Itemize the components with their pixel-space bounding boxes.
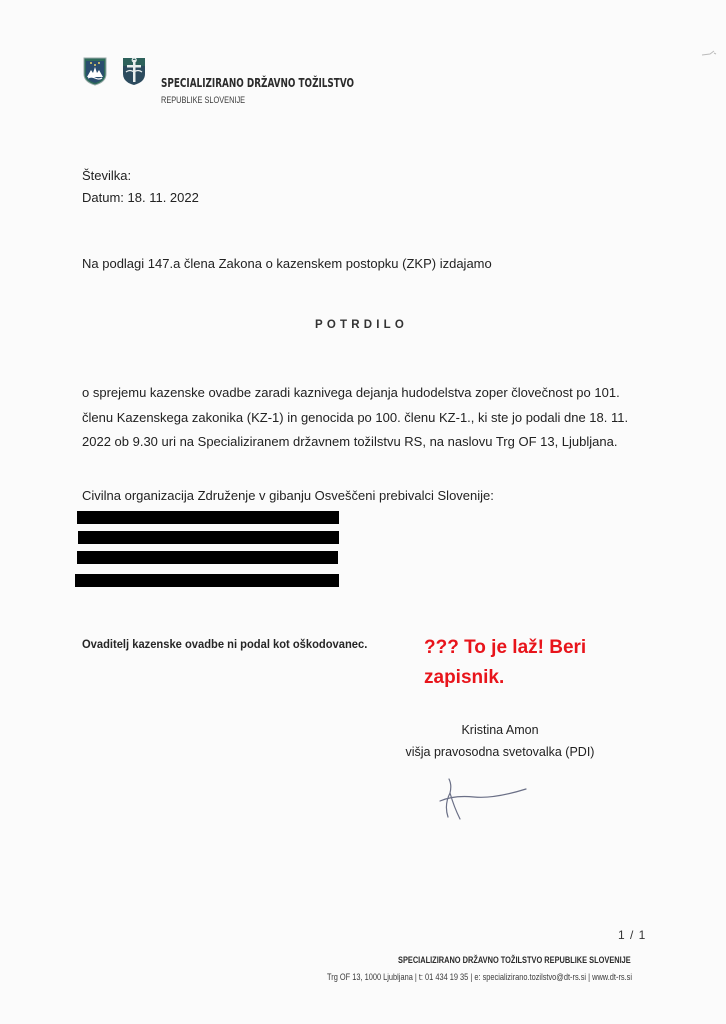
redaction-bar [75,574,339,587]
statement-text: Ovaditelj kazenske ovadbe ni podal kot o… [82,637,367,651]
civil-organization-label: Civilna organizacija Združenje v gibanju… [82,488,494,503]
prosecutor-sword-emblem-icon [121,56,147,86]
scan-mark [700,48,720,58]
redaction-bar [77,551,338,564]
body-paragraph: o sprejemu kazenske ovadbe zaradi kazniv… [82,381,652,455]
redaction-bar [77,511,339,524]
footer-contact: Trg OF 13, 1000 Ljubljana | t: 01 434 19… [327,972,632,983]
org-title: SPECIALIZIRANO DRŽAVNO TOŽILSTVO [161,76,354,90]
document-date: Datum: 18. 11. 2022 [82,190,199,205]
body-line: členu Kazenskega zakonika (KZ-1) in geno… [82,406,652,431]
footer-org: SPECIALIZIRANO DRŽAVNO TOŽILSTVO REPUBLI… [398,955,631,966]
page-number: 1 / 1 [618,928,646,942]
redaction-bar [78,531,339,544]
signer-name: Kristina Amon [380,723,620,737]
signature [434,775,534,825]
document-title: POTRDILO [315,319,408,331]
intro-text: Na podlagi 147.a člena Zakona o kazenske… [82,256,492,271]
signer-role: višja pravosodna svetovalka (PDI) [380,745,620,759]
body-line: o sprejemu kazenske ovadbe zaradi kazniv… [82,381,652,406]
slovenia-coat-of-arms-icon [82,56,108,86]
org-subtitle: REPUBLIKE SLOVENIJE [161,95,245,105]
red-annotation: ??? To je laž! Beri zapisnik. [424,633,654,693]
body-line: 2022 ob 9.30 uri na Specializiranem drža… [82,430,652,455]
document-number-label: Številka: [82,168,131,183]
